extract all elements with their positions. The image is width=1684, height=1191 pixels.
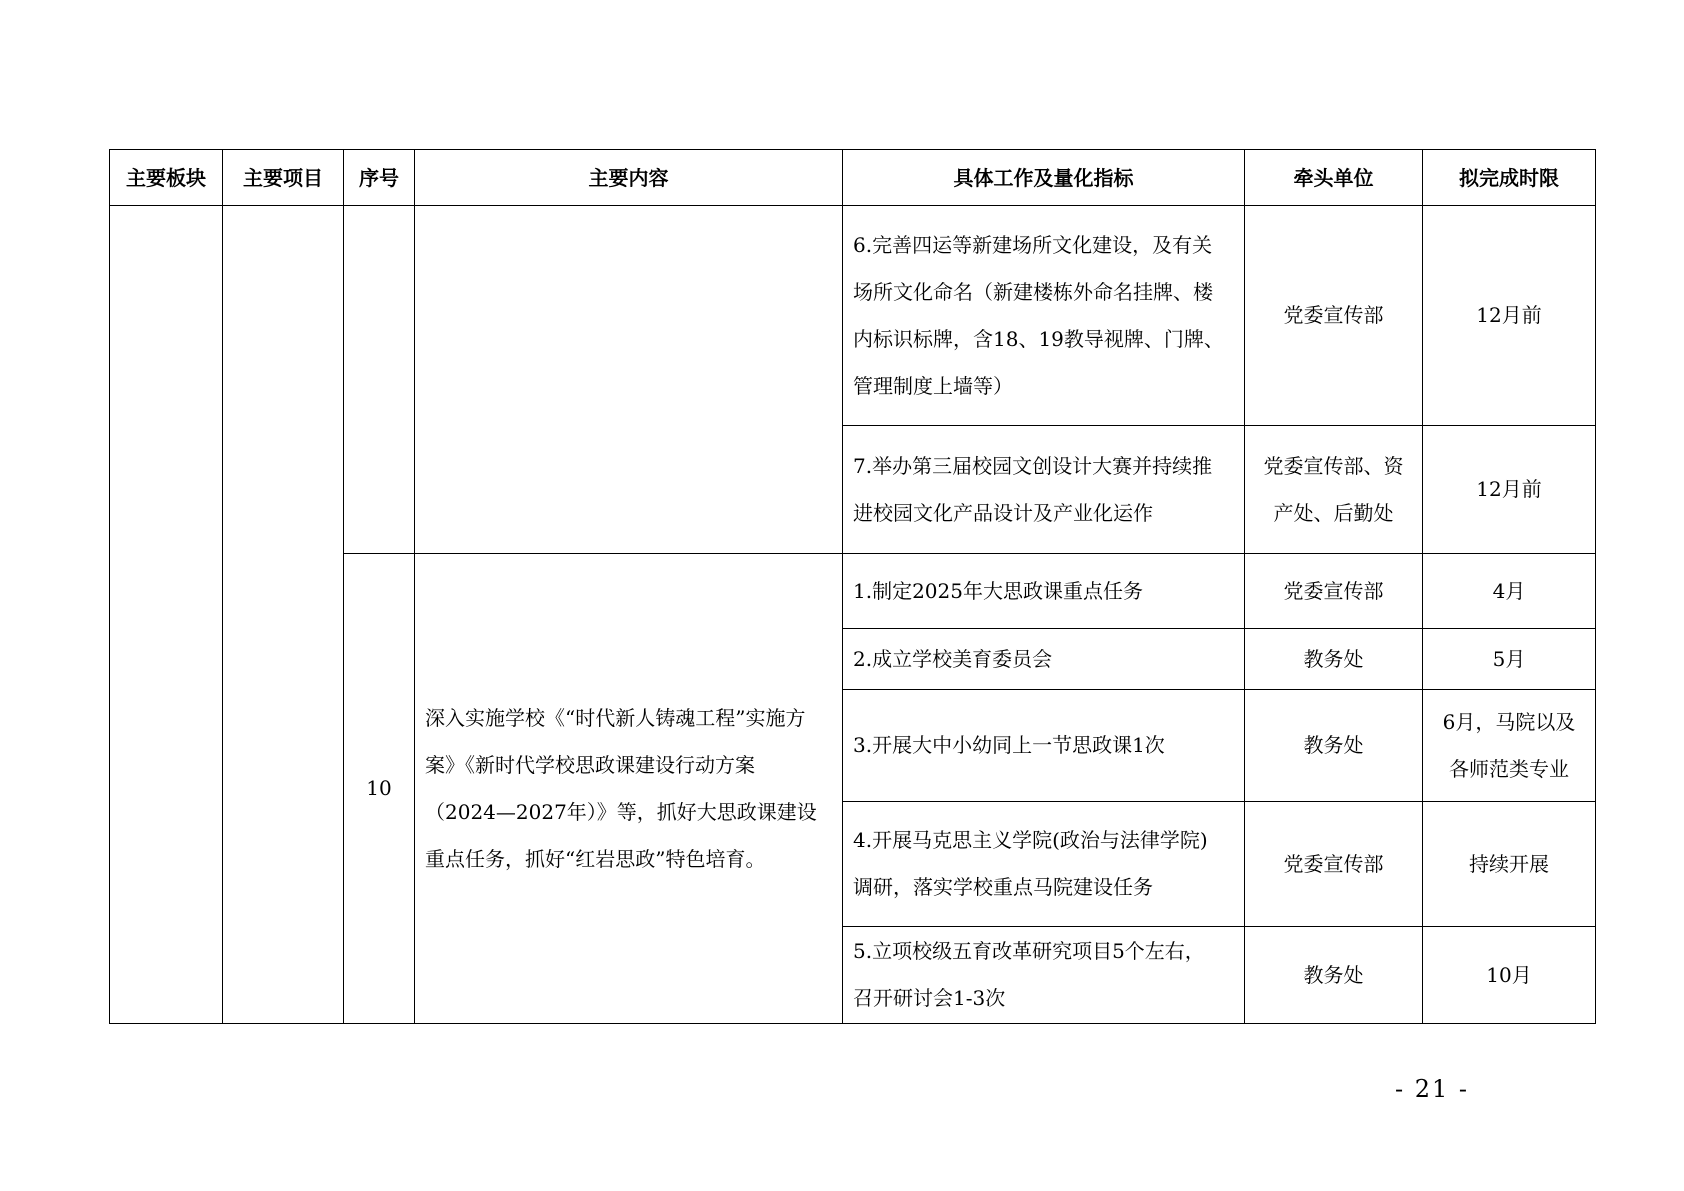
cell-unit: 党委宣传部、资 产处、后勤处: [1245, 426, 1423, 554]
header-main-content: 主要内容: [415, 150, 843, 206]
cell-seq-prev: [344, 206, 415, 554]
cell-task: 5.立项校级五育改革研究项目5个左右， 召开研讨会1-3次: [843, 927, 1245, 1024]
cell-main-project: [223, 206, 344, 1024]
cell-main-content: 深入实施学校《“时代新人铸魂工程”实施方 案》《新时代学校思政课建设行动方案 （…: [415, 554, 843, 1024]
cell-deadline: 5月: [1423, 629, 1596, 690]
cell-deadline: 6月，马院以及 各师范类专业: [1423, 690, 1596, 802]
document-page: 主要板块 主要项目 序号 主要内容 具体工作及量化指标 牵头单位 拟完成时限 6…: [0, 0, 1684, 1191]
cell-content-prev: [415, 206, 843, 554]
cell-task: 6.完善四运等新建场所文化建设，及有关 场所文化命名（新建楼栋外命名挂牌、楼 内…: [843, 206, 1245, 426]
cell-deadline: 10月: [1423, 927, 1596, 1024]
table-header-row: 主要板块 主要项目 序号 主要内容 具体工作及量化指标 牵头单位 拟完成时限: [110, 150, 1596, 206]
header-task-indicators: 具体工作及量化指标: [843, 150, 1245, 206]
cell-task: 3.开展大中小幼同上一节思政课1次: [843, 690, 1245, 802]
page-number: - 21 -: [1395, 1075, 1469, 1103]
cell-unit: 教务处: [1245, 927, 1423, 1024]
cell-seq: 10: [344, 554, 415, 1024]
cell-task: 2.成立学校美育委员会: [843, 629, 1245, 690]
cell-task: 7.举办第三届校园文创设计大赛并持续推 进校园文化产品设计及产业化运作: [843, 426, 1245, 554]
cell-deadline: 12月前: [1423, 206, 1596, 426]
header-lead-unit: 牵头单位: [1245, 150, 1423, 206]
cell-unit: 党委宣传部: [1245, 802, 1423, 927]
cell-main-section: [110, 206, 223, 1024]
cell-deadline: 持续开展: [1423, 802, 1596, 927]
cell-deadline: 12月前: [1423, 426, 1596, 554]
header-main-section: 主要板块: [110, 150, 223, 206]
header-main-project: 主要项目: [223, 150, 344, 206]
cell-unit: 教务处: [1245, 629, 1423, 690]
work-plan-table: 主要板块 主要项目 序号 主要内容 具体工作及量化指标 牵头单位 拟完成时限 6…: [109, 149, 1596, 1024]
table-row: 6.完善四运等新建场所文化建设，及有关 场所文化命名（新建楼栋外命名挂牌、楼 内…: [110, 206, 1596, 426]
cell-deadline: 4月: [1423, 554, 1596, 629]
cell-unit: 党委宣传部: [1245, 206, 1423, 426]
cell-task: 1.制定2025年大思政课重点任务: [843, 554, 1245, 629]
cell-task: 4.开展马克思主义学院(政治与法律学院) 调研，落实学校重点马院建设任务: [843, 802, 1245, 927]
cell-unit: 教务处: [1245, 690, 1423, 802]
cell-unit: 党委宣传部: [1245, 554, 1423, 629]
header-deadline: 拟完成时限: [1423, 150, 1596, 206]
header-seq: 序号: [344, 150, 415, 206]
